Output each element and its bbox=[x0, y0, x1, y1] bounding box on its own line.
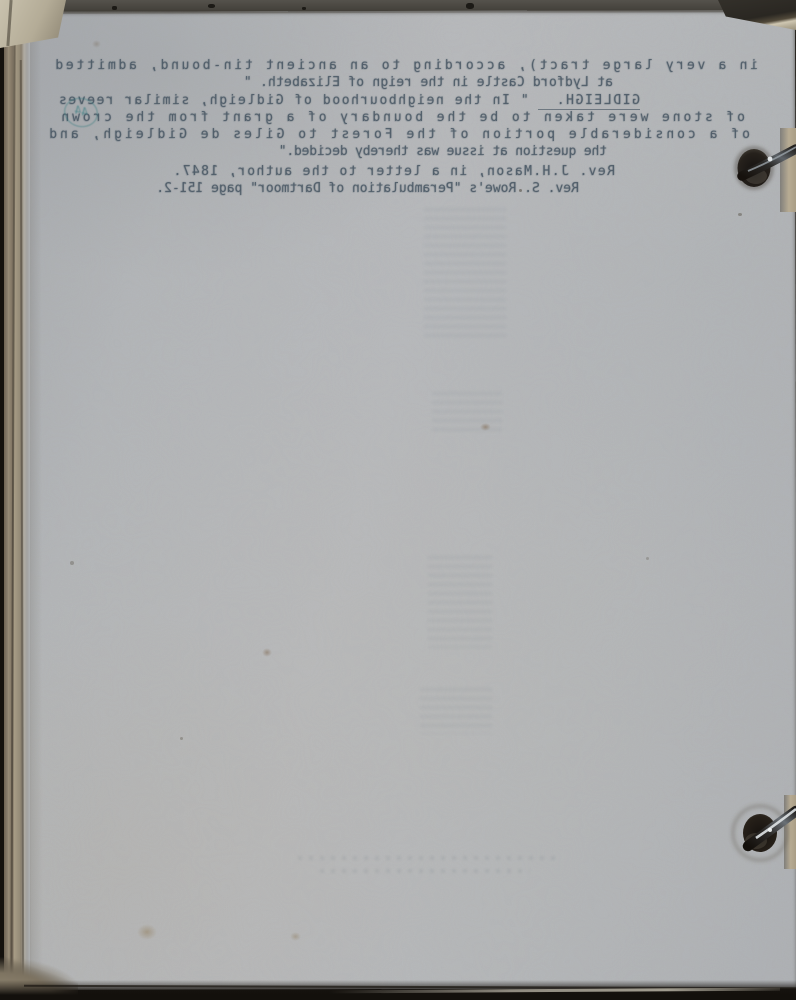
speck bbox=[519, 189, 522, 192]
speck bbox=[180, 737, 183, 740]
showthrough-line-2: at Lydford Castle in the reign of Elizab… bbox=[0, 74, 613, 91]
speck bbox=[646, 557, 649, 560]
showthrough-line-8: Rev. S. Rowe's "Perambulation of Dartmoo… bbox=[0, 180, 579, 197]
ghost-showthrough bbox=[428, 556, 492, 648]
showthrough-line-7: Rev. J.H.Mason, in a letter to the autho… bbox=[0, 163, 615, 180]
showthrough-line-6: the question at issue was thereby decide… bbox=[0, 143, 607, 160]
ghost-showthrough bbox=[432, 392, 502, 434]
gidleigh-heading: GIDLEIGH. bbox=[538, 93, 640, 110]
edge-speck bbox=[208, 4, 215, 8]
edge-speck bbox=[112, 6, 117, 10]
ghost-showthrough bbox=[298, 856, 560, 860]
showthrough-text: in a very large tract), according to an … bbox=[0, 57, 796, 197]
stain bbox=[92, 40, 101, 48]
metal-highlight bbox=[768, 157, 773, 162]
edge-speck bbox=[302, 7, 306, 10]
binder-ring-top bbox=[718, 118, 796, 202]
stain bbox=[290, 932, 301, 941]
speck bbox=[738, 213, 742, 216]
ghost-showthrough bbox=[320, 869, 530, 873]
speck bbox=[70, 561, 74, 565]
ghost-showthrough bbox=[424, 208, 506, 340]
binder-ring-bottom bbox=[712, 788, 796, 880]
showthrough-line-3-rest: " In the neighbourhood of Gidleigh, simi… bbox=[57, 93, 538, 108]
showthrough-line-5: of a considerable portion of the Forest … bbox=[0, 126, 750, 143]
ghost-showthrough bbox=[420, 688, 492, 734]
showthrough-line-1: in a very large tract), according to an … bbox=[0, 57, 758, 74]
edge-speck bbox=[466, 3, 474, 9]
showthrough-line-4: of stone were taken to be the boundary o… bbox=[0, 109, 745, 126]
stain bbox=[262, 648, 272, 657]
stain bbox=[137, 924, 157, 940]
document-photo: in a very large tract), according to an … bbox=[0, 0, 796, 1000]
stain bbox=[480, 423, 491, 431]
